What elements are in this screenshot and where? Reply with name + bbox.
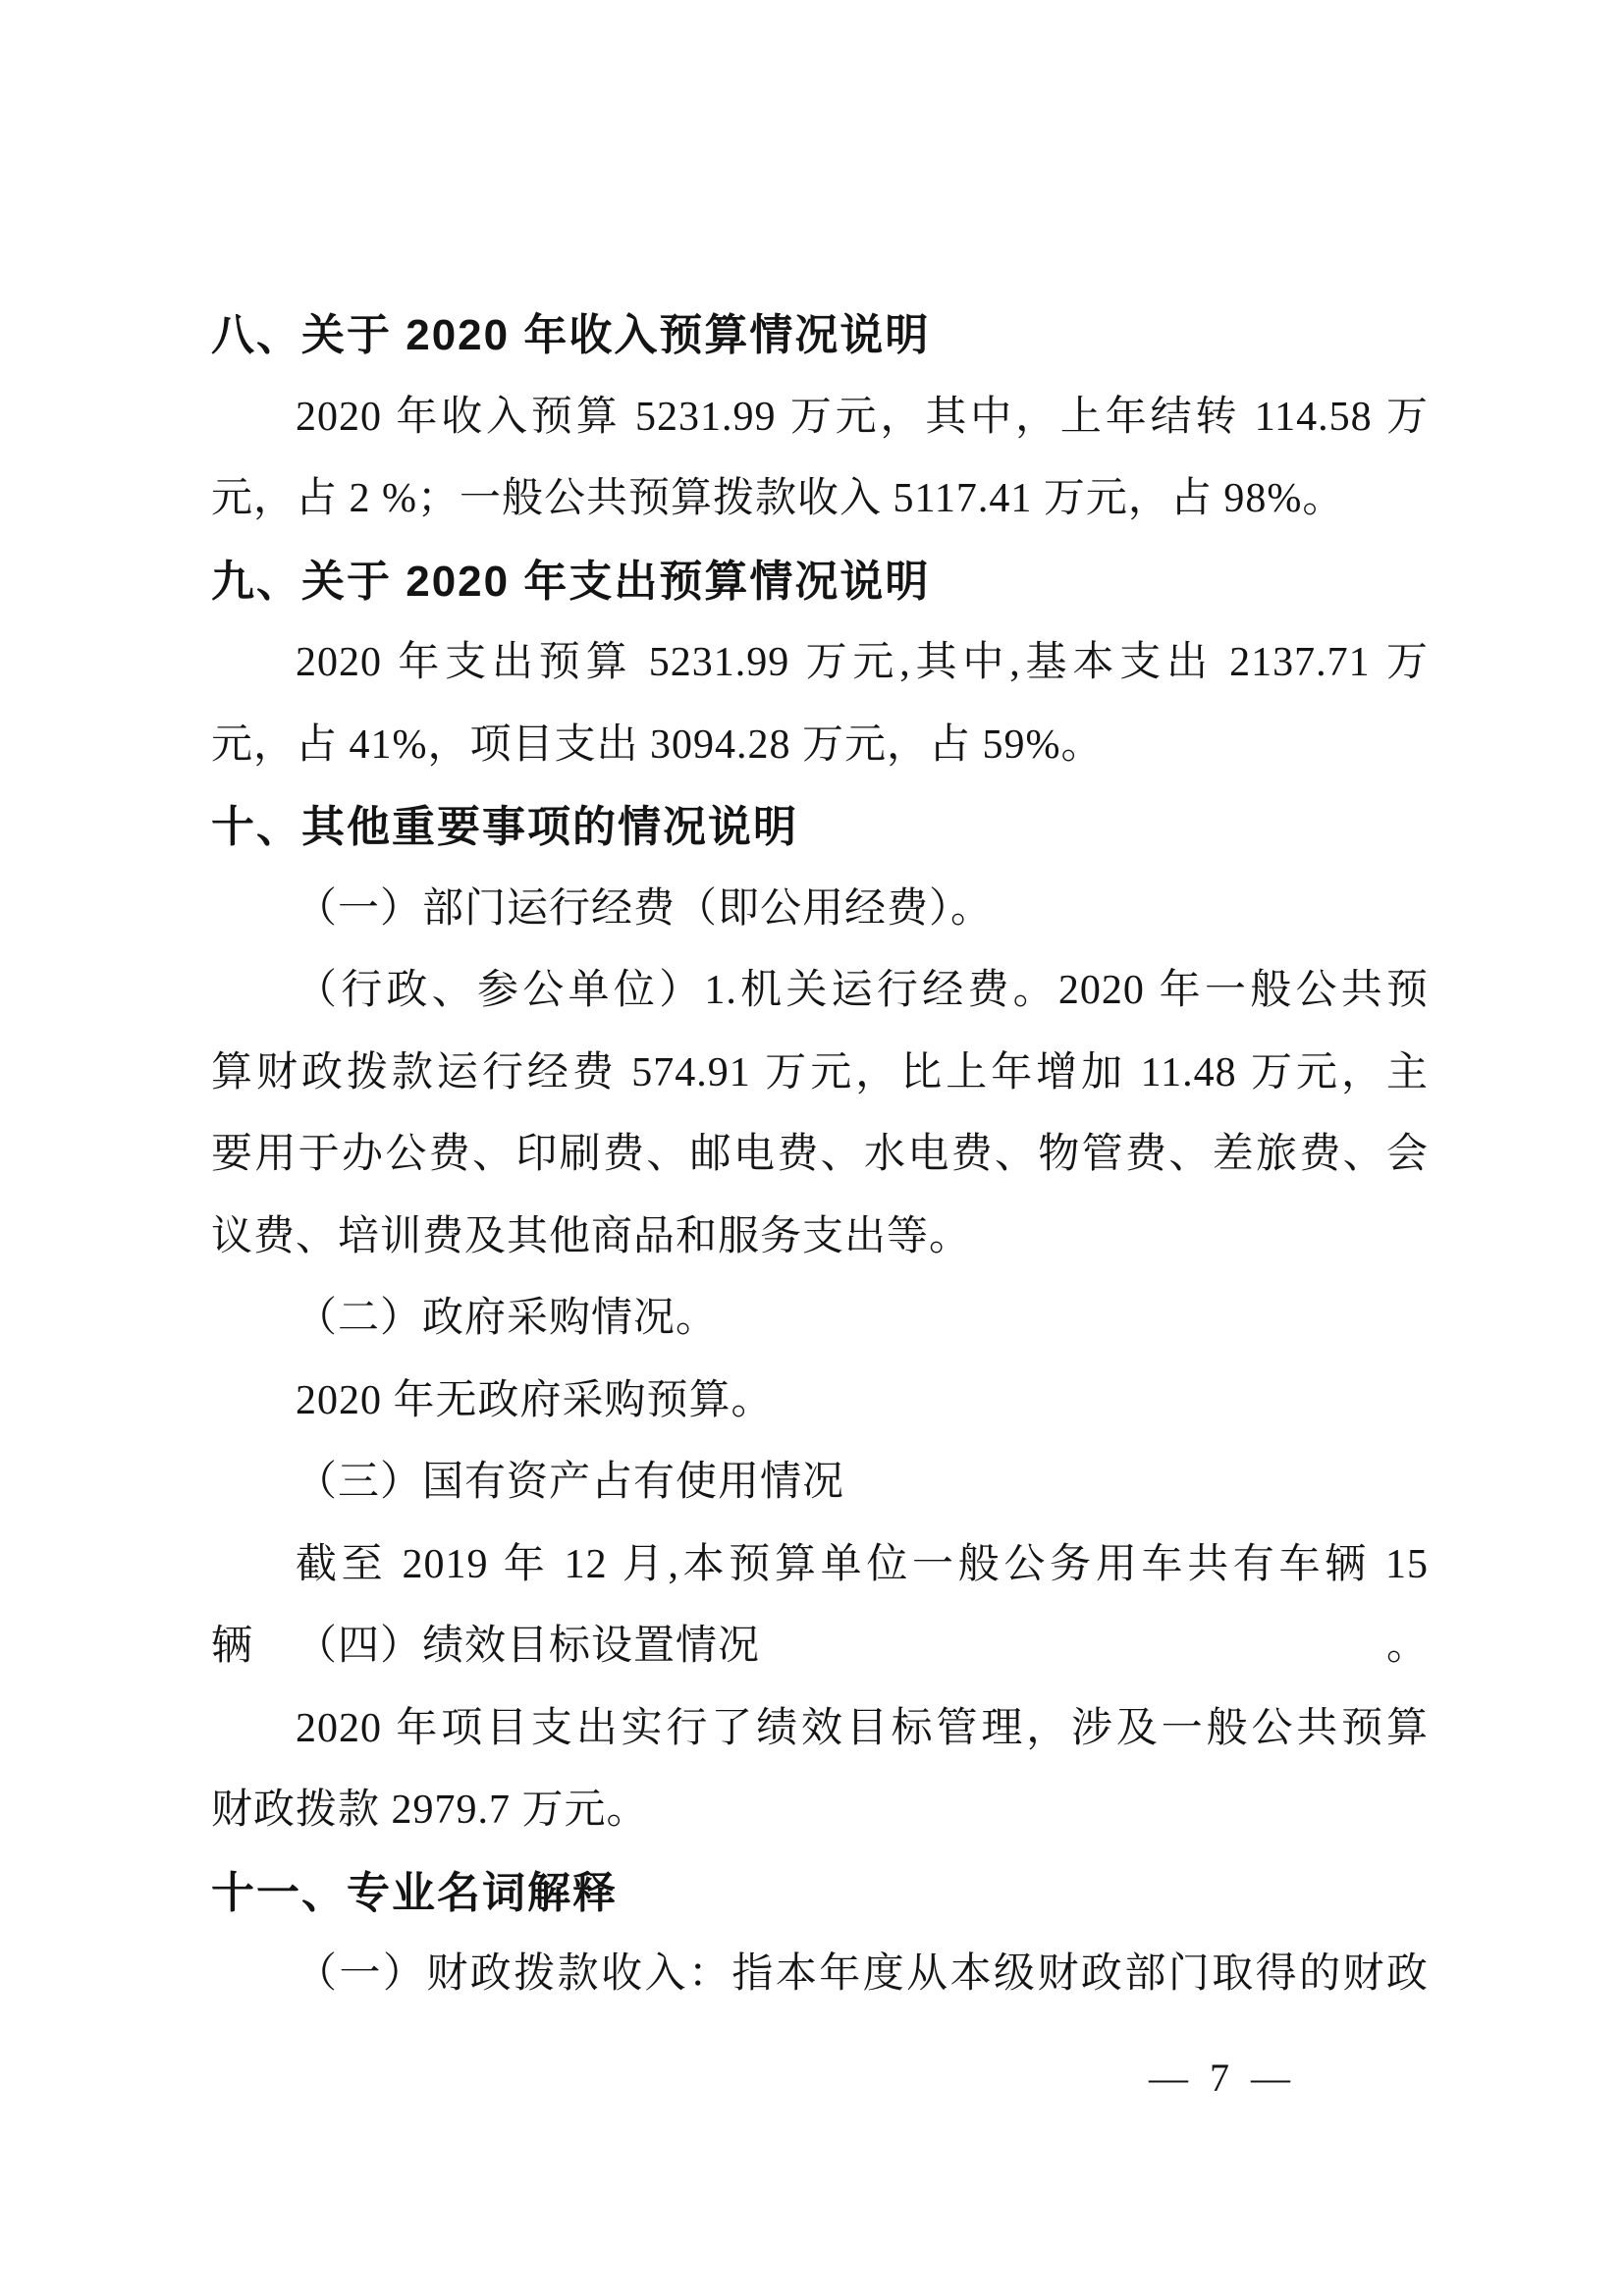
page-number: — 7 —: [1149, 2055, 1296, 2101]
paragraph-line: 2020 年项目支出实行了绩效目标管理，涉及一般公共预算: [211, 1688, 1429, 1771]
paragraph-line: 元，占 41%，项目支出 3094.28 万元，占 59%。: [211, 705, 1429, 787]
paragraph-line: 财政拨款 2979.7 万元。: [211, 1770, 1429, 1852]
subsection-heading-3: （三）国有资产占有使用情况: [211, 1442, 1429, 1524]
paragraph-line: 算财政拨款运行经费 574.91 万元，比上年增加 11.48 万元，主: [211, 1033, 1429, 1115]
document-body: 八、关于 2020 年收入预算情况说明 2020 年收入预算 5231.99 万…: [211, 294, 1429, 2016]
paragraph-line: 2020 年无政府采购预算。: [211, 1361, 1429, 1443]
document-page: 八、关于 2020 年收入预算情况说明 2020 年收入预算 5231.99 万…: [0, 0, 1624, 2296]
paragraph-line: 要用于办公费、印刷费、邮电费、水电费、物管费、差旅费、会: [211, 1114, 1429, 1197]
paragraph-line: （一）财政拨款收入：指本年度从本级财政部门取得的财政: [211, 1934, 1429, 2016]
paragraph-line: 2020 年收入预算 5231.99 万元，其中，上年结转 114.58 万: [211, 377, 1429, 459]
subsection-heading-1: （一）部门运行经费（即公用经费）。: [211, 869, 1429, 951]
section-heading-11: 十一、专业名词解释: [211, 1852, 1429, 1935]
paragraph-line: 元，占 2 %；一般公共预算拨款收入 5117.41 万元，占 98%。: [211, 458, 1429, 541]
paragraph-line: 截至 2019 年 12 月,本预算单位一般公务用车共有车辆 15 辆。: [211, 1524, 1429, 1607]
section-heading-8: 八、关于 2020 年收入预算情况说明: [211, 294, 1429, 377]
subsection-heading-2: （二）政府采购情况。: [211, 1278, 1429, 1361]
paragraph-line: 议费、培训费及其他商品和服务支出等。: [211, 1197, 1429, 1279]
paragraph-line: 2020 年支出预算 5231.99 万元,其中,基本支出 2137.71 万: [211, 622, 1429, 705]
paragraph-line: （行政、参公单位）1.机关运行经费。2020 年一般公共预: [211, 950, 1429, 1033]
section-heading-9: 九、关于 2020 年支出预算情况说明: [211, 541, 1429, 623]
section-heading-10: 十、其他重要事项的情况说明: [211, 786, 1429, 869]
